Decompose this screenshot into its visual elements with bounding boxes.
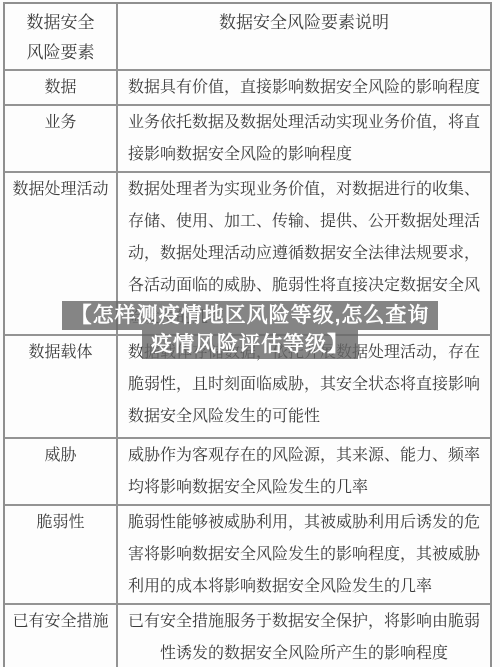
table-header-row: 数据安全 风险要素 数据安全风险要素说明 (5, 4, 490, 69)
row-label-cell: 数据处理活动 (5, 173, 118, 334)
row-label-cell: 业务 (5, 106, 118, 171)
row-label-cell: 脆弱性 (5, 506, 118, 603)
row-description-cell: 数据处理者为实现业务价值，对数据进行的收集、存储、使用、加工、传输、提供、公开数… (118, 173, 490, 334)
data-security-risk-table: 数据安全 风险要素 数据安全风险要素说明 数据 数据具有价值，直接影响数据安全风… (3, 2, 492, 667)
table-row: 数据 数据具有价值，直接影响数据安全风险的影响程度 (5, 69, 490, 104)
row-description-cell: 业务依托数据及数据处理活动实现业务价值，将直接影响数据安全风险的影响程度 (118, 106, 490, 171)
table-row: 数据处理活动 数据处理者为实现业务价值，对数据进行的收集、存储、使用、加工、传输… (5, 171, 490, 334)
table-row: 数据载体 数据载体存储数据，依托开展数据处理活动，存在脆弱性，且时刻面临威胁，其… (5, 334, 490, 437)
row-description-cell: 已有安全措施服务于数据安全保护，将影响由脆弱性诱发的数据安全风险所产生的影响程度 (118, 605, 490, 667)
header-element-line2: 风险要素 (5, 38, 116, 68)
header-element-line1: 数据安全 (5, 8, 116, 38)
header-description-column: 数据安全风险要素说明 (118, 4, 490, 69)
row-label-cell: 威胁 (5, 439, 118, 504)
header-element-column: 数据安全 风险要素 (5, 4, 118, 69)
page: 数据安全 风险要素 数据安全风险要素说明 数据 数据具有价值，直接影响数据安全风… (0, 0, 500, 667)
row-label-cell: 已有安全措施 (5, 605, 118, 667)
table-row: 脆弱性 脆弱性能够被威胁利用，其被威胁利用后诱发的危害将影响数据安全风险发生的影… (5, 504, 490, 603)
row-description-cell: 数据具有价值，直接影响数据安全风险的影响程度 (118, 71, 490, 104)
row-label-cell: 数据 (5, 71, 118, 104)
row-label-cell: 数据载体 (5, 336, 118, 437)
table-row: 已有安全措施 已有安全措施服务于数据安全保护，将影响由脆弱性诱发的数据安全风险所… (5, 603, 490, 667)
row-description-cell: 脆弱性能够被威胁利用，其被威胁利用后诱发的危害将影响数据安全风险发生的影响程度，… (118, 506, 490, 603)
table-row: 威胁 威胁作为客观存在的风险源，其来源、能力、频率均将影响数据安全风险发生的几率 (5, 437, 490, 504)
row-description-cell: 威胁作为客观存在的风险源，其来源、能力、频率均将影响数据安全风险发生的几率 (118, 439, 490, 504)
table-row: 业务 业务依托数据及数据处理活动实现业务价值，将直接影响数据安全风险的影响程度 (5, 104, 490, 171)
row-description-cell: 数据载体存储数据，依托开展数据处理活动，存在脆弱性，且时刻面临威胁，其安全状态将… (118, 336, 490, 437)
